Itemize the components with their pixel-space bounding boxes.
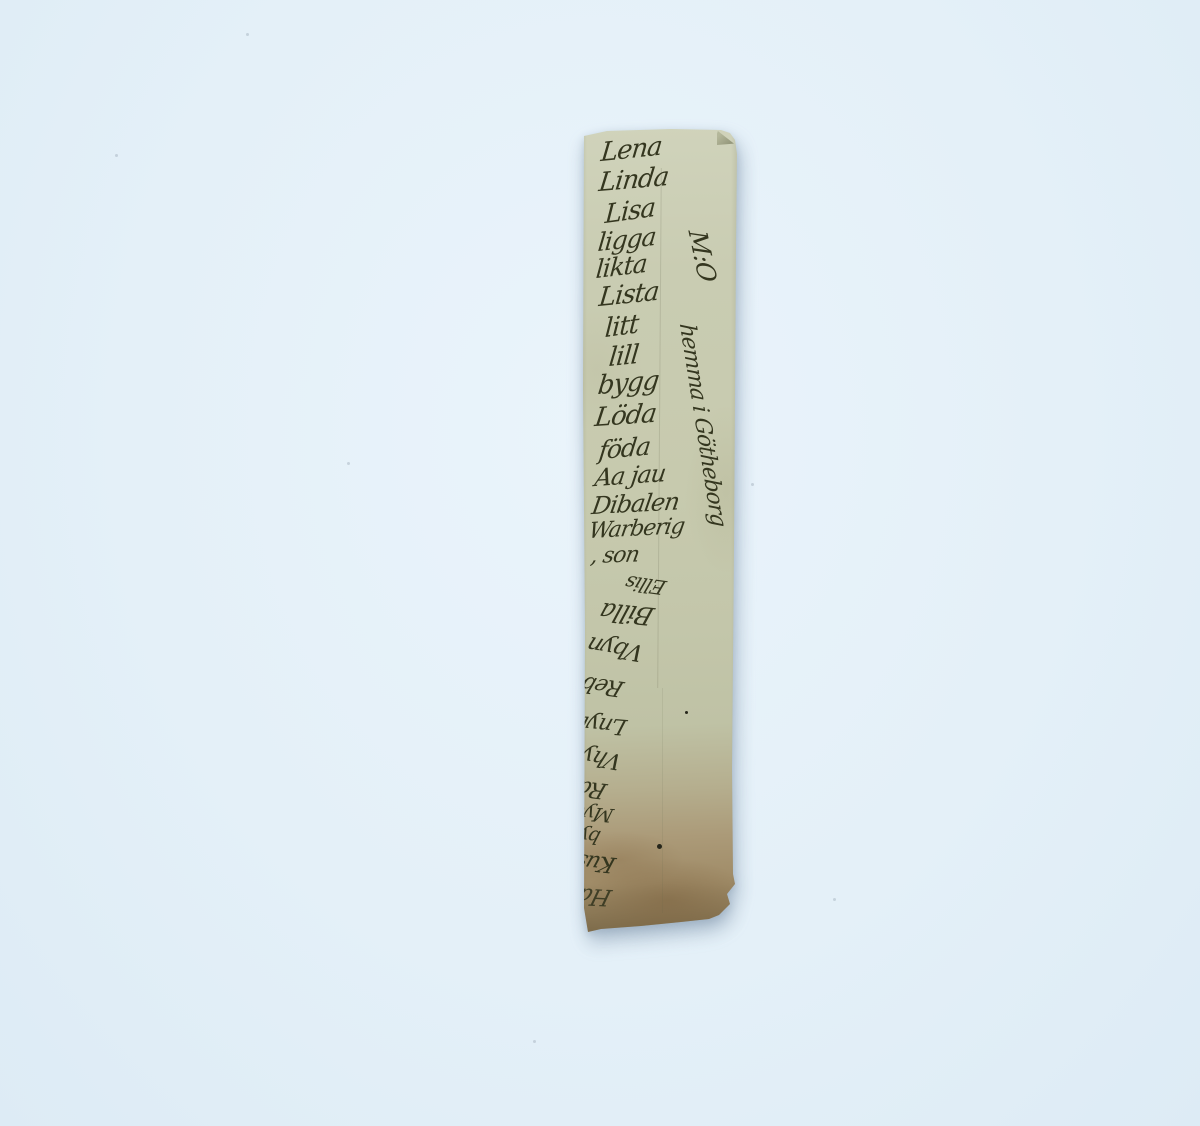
handwritten-line: bygg [596, 365, 660, 401]
margin-note: M:O [682, 230, 722, 281]
handwritten-line: Warberig [587, 514, 686, 544]
handwritten-line-inverted: Vbyn [584, 631, 648, 665]
paper-crease [662, 688, 663, 913]
margin-note: hemma i Götheborg [674, 324, 731, 527]
ink-blot [657, 844, 662, 849]
photo-backdrop: Lena Linda Lisa ligga likta Lista litt l… [0, 0, 1200, 1126]
handwritten-line: Lista [597, 276, 660, 313]
handwritten-line-inverted: Billa [596, 597, 657, 631]
handwritten-line-inverted: Haybudgl [503, 879, 615, 910]
dust-speck [751, 483, 754, 486]
handwritten-line-inverted: Rebui il [541, 666, 627, 701]
paper-crease [657, 168, 662, 688]
handwritten-line: litt [604, 309, 639, 344]
dust-speck [833, 898, 836, 901]
handwritten-line-inverted: Rdbyden [511, 767, 610, 802]
handwritten-line-inverted: Vhyund [539, 736, 626, 773]
handwritten-line-inverted: Kuslyuk [530, 844, 619, 877]
handwritten-line: Löda [593, 399, 658, 434]
handwritten-line-inverted: Myulk [555, 800, 616, 825]
folded-corner [717, 131, 734, 145]
paper-strip: Lena Linda Lisa ligga likta Lista litt l… [581, 128, 739, 932]
handwritten-line: Linda [597, 162, 670, 198]
handwritten-line-inverted: Lnyl Sh. [539, 707, 630, 739]
dust-speck [347, 462, 350, 465]
handwritten-line-inverted: Ellis [622, 571, 669, 599]
paper-surface: Lena Linda Lisa ligga likta Lista litt l… [581, 128, 739, 932]
handwritten-line: Aa jau [593, 459, 667, 492]
dust-speck [115, 154, 118, 157]
ink-blot [685, 711, 688, 714]
dust-speck [533, 1040, 536, 1043]
dust-speck [246, 33, 249, 36]
handwritten-line: , son [589, 542, 641, 569]
